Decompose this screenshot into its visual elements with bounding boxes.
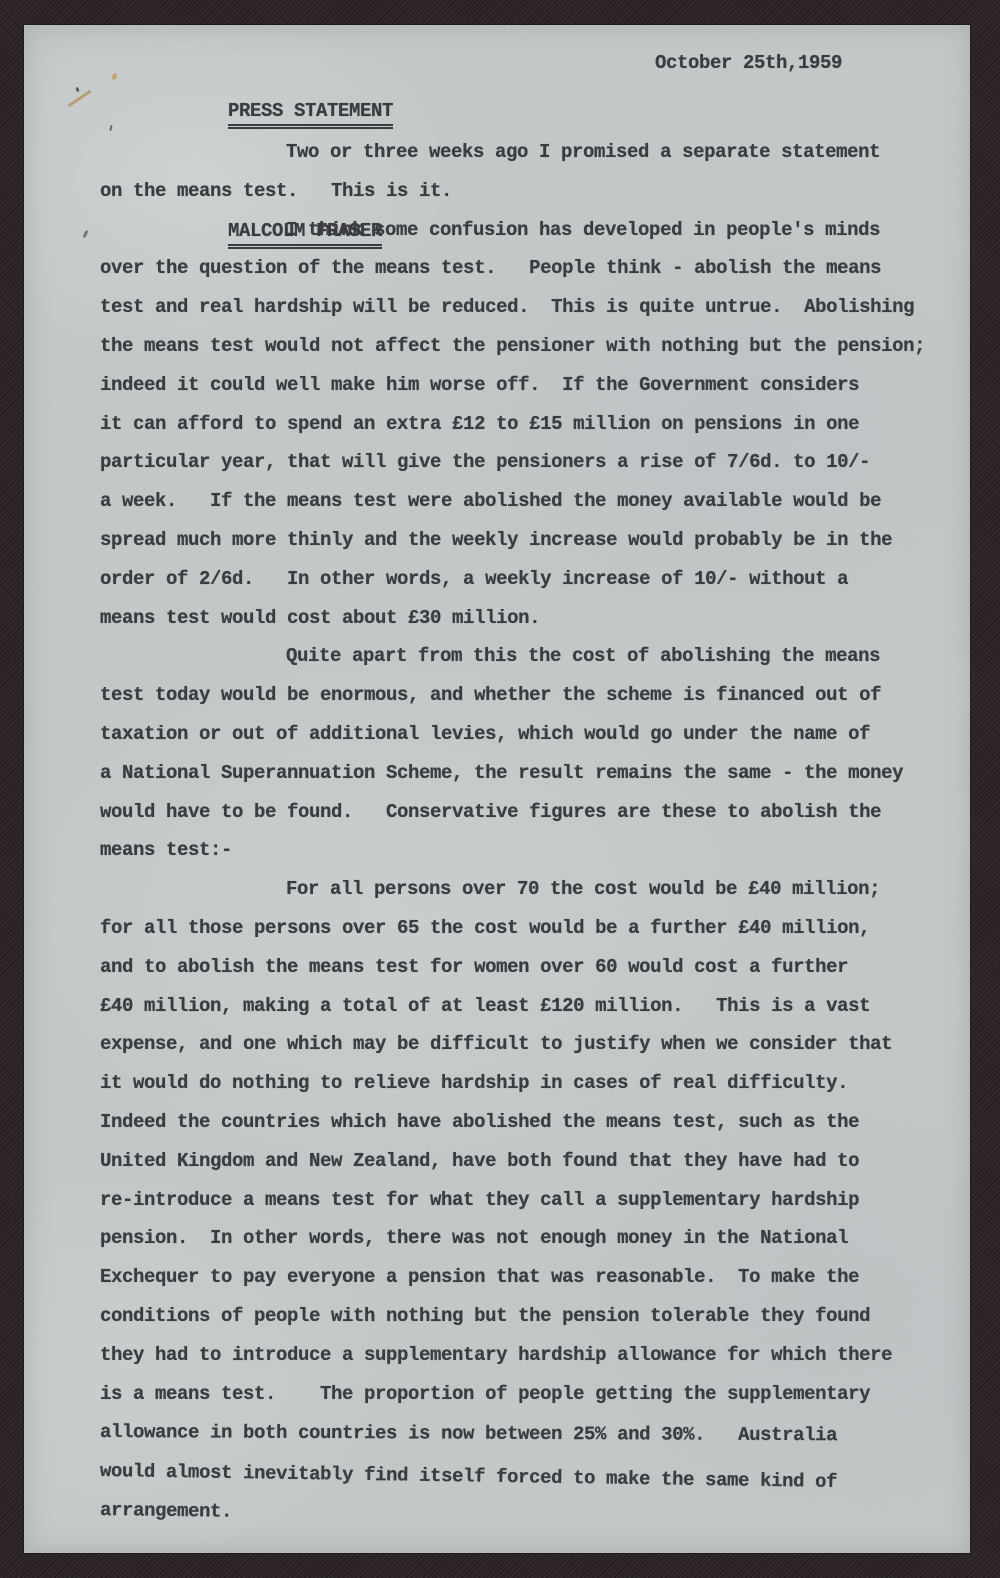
text-line: Two or three weeks ago I promised a sepa… bbox=[100, 133, 945, 172]
text-line: £40 million, making a total of at least … bbox=[100, 987, 945, 1026]
paper-stain bbox=[111, 72, 118, 80]
text-line: and to abolish the means test for women … bbox=[100, 948, 945, 987]
text-line: expense, and one which may be difficult … bbox=[100, 1025, 945, 1064]
text-line: for all those persons over 65 the cost w… bbox=[100, 909, 945, 948]
document-body: Two or three weeks ago I promised a sepa… bbox=[24, 133, 970, 1530]
text-line: I think some confusion has developed in … bbox=[100, 211, 945, 250]
text-line: a National Superannuation Scheme, the re… bbox=[100, 754, 945, 793]
text-line: it would do nothing to relieve hardship … bbox=[100, 1064, 945, 1103]
text-line: test and real hardship will be reduced. … bbox=[100, 288, 945, 327]
text-line: conditions of people with nothing but th… bbox=[100, 1297, 945, 1336]
text-line: order of 2/6d. In other words, a weekly … bbox=[100, 560, 945, 599]
paper-stain bbox=[67, 90, 91, 108]
text-line: means test:- bbox=[100, 831, 945, 870]
text-line: a week. If the means test were abolished… bbox=[100, 482, 945, 521]
text-line: the means test would not affect the pens… bbox=[100, 327, 945, 366]
text-line: Quite apart from this the cost of abolis… bbox=[100, 637, 945, 676]
text-line: means test would cost about £30 million. bbox=[100, 599, 945, 638]
text-line: over the question of the means test. Peo… bbox=[100, 249, 945, 288]
text-line: indeed it could well make him worse off.… bbox=[100, 366, 945, 405]
text-line: United Kingdom and New Zealand, have bot… bbox=[100, 1142, 945, 1181]
text-line: would have to be found. Conservative fig… bbox=[100, 793, 945, 832]
text-line: particular year, that will give the pens… bbox=[100, 443, 945, 482]
scan-background: PRESS STATEMENT MALCOLM FRASER October 2… bbox=[0, 0, 1000, 1578]
paper-stain bbox=[75, 87, 79, 93]
text-line: they had to introduce a supplementary ha… bbox=[100, 1336, 945, 1375]
document-date: October 25th,1959 bbox=[655, 51, 842, 75]
text-line: spread much more thinly and the weekly i… bbox=[100, 521, 945, 560]
text-line: is a means test. The proportion of peopl… bbox=[100, 1375, 945, 1414]
text-line: Indeed the countries which have abolishe… bbox=[100, 1103, 945, 1142]
text-line: it can afford to spend an extra £12 to £… bbox=[100, 405, 945, 444]
text-line: For all persons over 70 the cost would b… bbox=[100, 870, 945, 909]
text-line: on the means test. This is it. bbox=[100, 172, 945, 211]
text-line: Exchequer to pay everyone a pension that… bbox=[100, 1258, 945, 1297]
document-title: PRESS STATEMENT bbox=[228, 99, 393, 129]
text-line: test today would be enormous, and whethe… bbox=[100, 676, 945, 715]
document-page: PRESS STATEMENT MALCOLM FRASER October 2… bbox=[24, 25, 970, 1553]
text-line: taxation or out of additional levies, wh… bbox=[100, 715, 945, 754]
text-line: allowance in both countries is now betwe… bbox=[100, 1413, 945, 1455]
paper-stain bbox=[109, 125, 112, 131]
text-line: pension. In other words, there was not e… bbox=[100, 1219, 945, 1258]
text-line: re-introduce a means test for what they … bbox=[100, 1181, 945, 1220]
